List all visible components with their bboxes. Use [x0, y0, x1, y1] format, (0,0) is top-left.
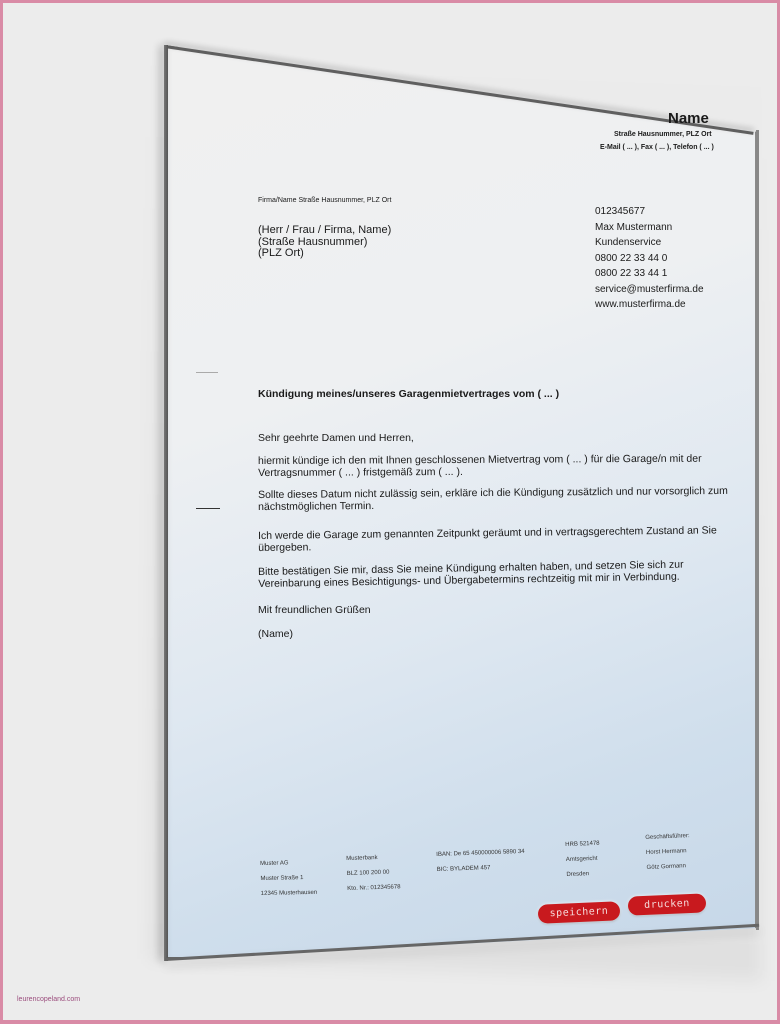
fold-mark-middle	[196, 508, 220, 509]
contact-block: 012345677 Max Mustermann Kundenservice 0…	[595, 204, 704, 313]
footer-management: Geschäftsführer: Horst Hermann Götz Gorm…	[645, 829, 691, 876]
footer-line: HRB 521478	[565, 837, 600, 853]
contact-fax: 0800 22 33 44 1	[595, 266, 704, 282]
page-edge-right	[756, 130, 759, 930]
paragraph-line: hiermit kündige ich den mit Ihnen geschl…	[258, 453, 702, 467]
page-edge-left	[164, 45, 168, 961]
fold-mark-top	[196, 372, 218, 373]
footer-company: Muster AG Muster Straße 1 12345 Musterha…	[260, 856, 317, 902]
footer-line: Amtsgericht	[566, 852, 601, 868]
letter-subject: Kündigung meines/unseres Garagenmietvert…	[258, 388, 559, 400]
footer-line: Musterbank	[346, 850, 400, 867]
watermark: leurencopeland.com	[17, 996, 80, 1003]
recipient-address: (Herr / Frau / Firma, Name) (Straße Haus…	[258, 225, 391, 260]
footer-line: BIC: BYLADEM 457	[437, 860, 526, 878]
contact-person: Max Mustermann	[595, 220, 704, 236]
letter-closing: Mit freundlichen Grüßen	[258, 604, 371, 616]
letter-paragraph: hiermit kündige ich den mit Ihnen geschl…	[258, 453, 702, 479]
contact-email: service@musterfirma.de	[595, 282, 704, 298]
recipient-city: (PLZ Ort)	[258, 248, 391, 260]
footer-register: HRB 521478 Amtsgericht Dresden	[565, 837, 601, 883]
sender-contact: E-Mail ( ... ), Fax ( ... ), Telefon ( .…	[600, 144, 714, 151]
save-button[interactable]: speichern	[538, 901, 621, 924]
footer-line: Kto. Nr.: 012345678	[347, 880, 401, 897]
letter-paragraph: Sollte dieses Datum nicht zulässig sein,…	[258, 485, 728, 513]
contact-phone: 0800 22 33 44 0	[595, 251, 704, 267]
footer-iban: IBAN: De 65 450000006 5890 34 BIC: BYLAD…	[436, 845, 525, 878]
footer-line: 12345 Musterhausen	[261, 886, 318, 902]
sender-address: Straße Hausnummer, PLZ Ort	[614, 131, 712, 138]
footer-line: IBAN: De 65 450000006 5890 34	[436, 845, 525, 863]
letter-salutation: Sehr geehrte Damen und Herren,	[258, 432, 414, 444]
footer-line: BLZ 100 200 00	[346, 865, 400, 882]
sender-name: Name	[668, 110, 709, 127]
recipient-name: (Herr / Frau / Firma, Name)	[258, 225, 391, 237]
footer-line: Muster AG	[260, 856, 317, 872]
return-address: Firma/Name Straße Hausnummer, PLZ Ort	[258, 197, 391, 204]
contact-number: 012345677	[595, 204, 704, 220]
footer-line: Dresden	[566, 867, 601, 883]
footer-line: Muster Straße 1	[260, 871, 317, 887]
contact-website: www.musterfirma.de	[595, 297, 704, 313]
paragraph-line: Vertragsnummer ( ... ) fristgemäß zum ( …	[258, 465, 702, 479]
contact-department: Kundenservice	[595, 235, 704, 251]
footer-line: Götz Gormann	[646, 859, 691, 876]
print-button[interactable]: drucken	[628, 893, 707, 915]
letter-signature: (Name)	[258, 628, 293, 640]
footer-bank: Musterbank BLZ 100 200 00 Kto. Nr.: 0123…	[346, 850, 401, 897]
